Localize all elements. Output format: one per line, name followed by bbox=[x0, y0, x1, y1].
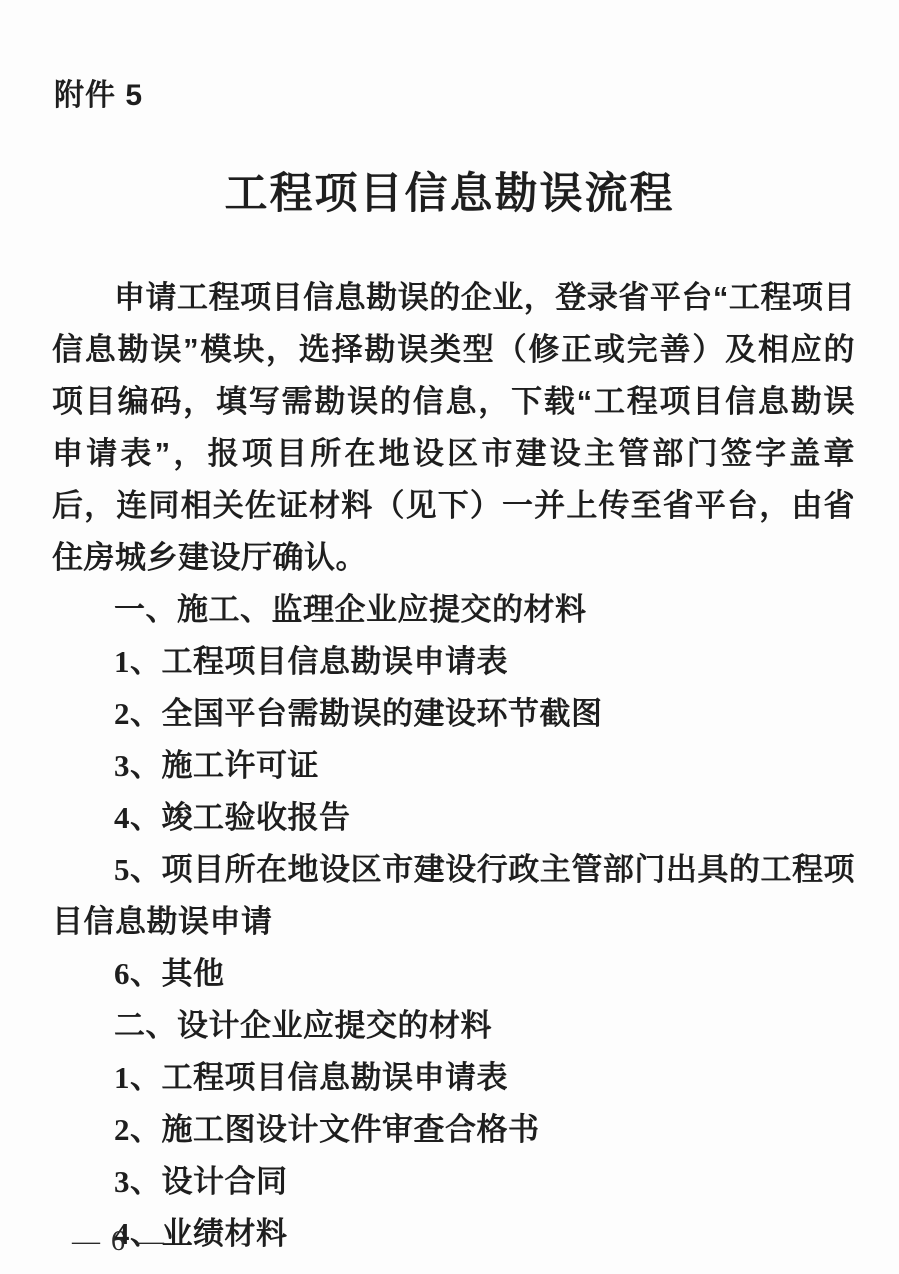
list-item: 2、施工图设计文件审查合格书 bbox=[52, 1104, 855, 1156]
document-body: 申请工程项目信息勘误的企业，登录省平台“工程项目信息勘误”模块，选择勘误类型（修… bbox=[52, 272, 855, 1260]
list-item-number: 2、 bbox=[114, 696, 162, 731]
list-item-number: 6、 bbox=[114, 956, 162, 991]
page-number: — 6 — bbox=[72, 1226, 166, 1258]
list-item-number: 1、 bbox=[114, 644, 162, 679]
list-item-text: 施工图设计文件审查合格书 bbox=[162, 1112, 540, 1147]
list-item-number: 2、 bbox=[114, 1112, 162, 1147]
list-item-number: 3、 bbox=[114, 748, 162, 783]
list-item-number: 1、 bbox=[114, 1060, 162, 1095]
list-item: 4、业绩材料 bbox=[52, 1208, 855, 1260]
list-item-text: 全国平台需勘误的建设环节截图 bbox=[162, 696, 603, 731]
section-1-heading: 一、施工、监理企业应提交的材料 bbox=[52, 584, 855, 636]
list-item: 4、竣工验收报告 bbox=[52, 792, 855, 844]
list-item: 5、项目所在地设区市建设行政主管部门出具的工程项目信息勘误申请 bbox=[52, 844, 855, 948]
list-item-number: 5、 bbox=[114, 852, 162, 887]
list-item-text: 业绩材料 bbox=[162, 1216, 288, 1251]
list-item-number: 3、 bbox=[114, 1164, 162, 1199]
list-item: 1、工程项目信息勘误申请表 bbox=[52, 636, 855, 688]
list-item: 1、工程项目信息勘误申请表 bbox=[52, 1052, 855, 1104]
list-item: 3、施工许可证 bbox=[52, 740, 855, 792]
document-page: 附件 5 工程项目信息勘误流程 申请工程项目信息勘误的企业，登录省平台“工程项目… bbox=[0, 0, 899, 1274]
list-item: 3、设计合同 bbox=[52, 1156, 855, 1208]
list-item-text: 竣工验收报告 bbox=[162, 800, 351, 835]
list-item-number: 4、 bbox=[114, 800, 162, 835]
list-item: 2、全国平台需勘误的建设环节截图 bbox=[52, 688, 855, 740]
intro-paragraph: 申请工程项目信息勘误的企业，登录省平台“工程项目信息勘误”模块，选择勘误类型（修… bbox=[52, 272, 855, 584]
list-item-text: 设计合同 bbox=[162, 1164, 288, 1199]
list-item-text: 工程项目信息勘误申请表 bbox=[162, 1060, 509, 1095]
section-2-heading: 二、设计企业应提交的材料 bbox=[52, 1000, 855, 1052]
list-item-text: 工程项目信息勘误申请表 bbox=[162, 644, 509, 679]
list-item-text: 其他 bbox=[162, 956, 225, 991]
list-item: 6、其他 bbox=[52, 948, 855, 1000]
list-item-text: 项目所在地设区市建设行政主管部门出具的工程项目信息勘误申请 bbox=[52, 852, 855, 939]
attachment-label: 附件 5 bbox=[54, 70, 143, 114]
list-item-text: 施工许可证 bbox=[162, 748, 320, 783]
page-title: 工程项目信息勘误流程 bbox=[0, 160, 899, 221]
